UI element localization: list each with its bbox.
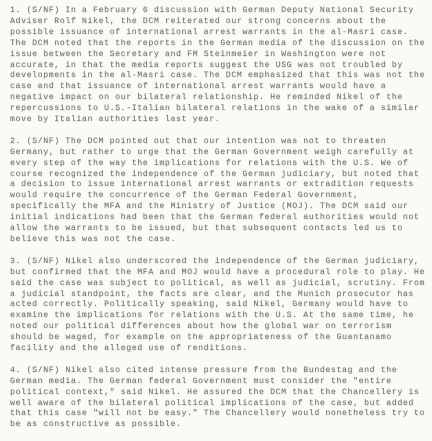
document-page: 1. (S/NF) In a February 6 discussion wit… [0,0,432,441]
cable-paragraph-4: 4. (S/NF) Nikel also cited intense press… [10,366,428,431]
cable-paragraph-1: 1. (S/NF) In a February 6 discussion wit… [10,6,428,126]
cable-paragraph-3: 3. (S/NF) Nikel also underscored the ind… [10,257,428,355]
cable-paragraph-2: 2. (S/NF) The DCM pointed out that our i… [10,137,428,246]
